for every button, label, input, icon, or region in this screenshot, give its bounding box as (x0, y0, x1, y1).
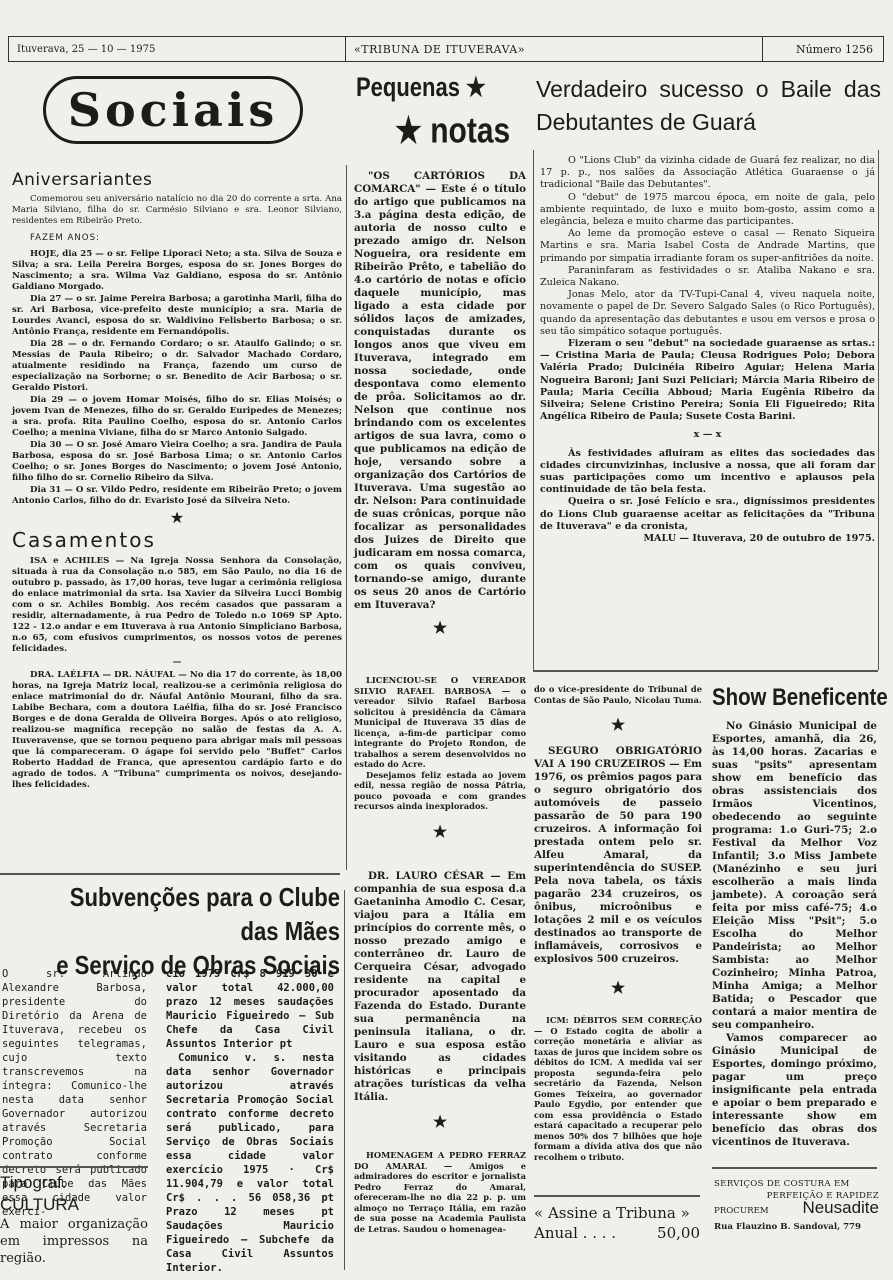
baile-paragraph: O "debut" de 1975 marcou época, em noite… (540, 192, 875, 229)
show-article: No Ginásio Municipal de Esportes, amanhã… (712, 720, 877, 1149)
seguro-text: SEGURO OBRIGATÓRIO VAI A 190 CRUZEIROS —… (534, 745, 702, 966)
section-divider (0, 873, 340, 875)
birthday-entry: Dia 30 — O sr. José Amaro Vieira Coelho;… (12, 440, 342, 484)
pequenas-notas-title-line2: ★ notas (395, 110, 510, 152)
pequenas-notas-title-line1: Pequenas ★ (356, 72, 486, 103)
sociais-logo: Sociais (18, 70, 328, 150)
cultura-ad: Tipograf. CULTURA A maior organização em… (0, 1172, 148, 1267)
baile-paragraph: Jonas Melo, ator da TV-Tupi-Canal 4, viv… (540, 289, 875, 338)
baile-paragraph: Paraninfaram as festividades o sr. Atali… (540, 265, 875, 289)
aniversariantes-heading: Aniversariantes (12, 170, 342, 190)
licenciou-text: LICENCIOU-SE O VEREADOR SILVIO RAFAEL BA… (354, 675, 526, 770)
sociais-title: Sociais (43, 76, 304, 144)
show-headline: Show Beneficente (712, 684, 888, 712)
pequenas-notas-col: "OS CARTÓRIOS DA COMARCA" — Este é o tít… (354, 170, 526, 638)
birthday-entry: Dia 29 — o jovem Homar Moisés, filho do … (12, 395, 342, 439)
birthday-entry: HOJE, dia 25 — o sr. Felipe Liporaci Net… (12, 249, 342, 293)
homenagem-note: HOMENAGEM A PEDRO FERRAZ DO AMARAL — Ami… (354, 1150, 526, 1234)
aniversariantes-section: Aniversariantes Comemorou seu aniversári… (12, 170, 342, 792)
birthday-entry: Dia 31 — O sr. Vildo Pedro, residente em… (12, 485, 342, 507)
cultura-text: A maior organização em impressos na regi… (0, 1216, 148, 1267)
telegram-2: Comunico v. s. nesta data senhor Governa… (166, 1051, 334, 1275)
assine-price: 50,00 (657, 1223, 700, 1243)
baile-paragraph: Ao leme da promoção esteve o casal — Ren… (540, 228, 875, 265)
birthday-entry: Dia 27 — o sr. Jaime Pereira Barbosa; a … (12, 294, 342, 338)
icm-text: ICM: DÉBITOS SEM CORREÇÃO — O Estado cog… (534, 1015, 702, 1162)
fazem-anos-heading: FAZEM ANOS: (12, 233, 342, 244)
baile-headline: Verdadeiro sucesso o Baile das Debutante… (536, 73, 881, 139)
x-separator: x — x (540, 429, 875, 441)
masthead-bar: Ituverava, 25 — 10 — 1975 «TRIBUNA DE IT… (8, 36, 884, 62)
cartorios-note: "OS CARTÓRIOS DA COMARCA" — Este é o tít… (354, 170, 526, 612)
costura-name: Neusadite (802, 1202, 879, 1214)
wedding-entry: DRA. LAÉLFIA — DR. NÁUFAL — No dia 17 do… (12, 670, 342, 791)
birthday-entry: Dia 28 — o dr. Fernando Cordaro; o sr. A… (12, 339, 342, 394)
seguro-note: SEGURO OBRIGATÓRIO VAI A 190 CRUZEIROS —… (534, 745, 702, 998)
column-divider (346, 165, 347, 870)
wedding-entry: ISA e ACHILES — Na Igreja Nossa Senhora … (12, 556, 342, 655)
star-separator-icon: ★ (12, 508, 342, 528)
section-divider (533, 670, 878, 672)
newspaper-name: «TRIBUNA DE ITUVERAVA» (345, 37, 762, 61)
baile-signature: MALU — Ituverava, 20 de outubro de 1975. (540, 533, 875, 545)
show-paragraph: Vamos comparecer ao Ginásio Municipal de… (712, 1032, 877, 1149)
star-separator-icon: ★ (534, 978, 702, 998)
baile-paragraph: Fizeram o seu "debut" na sociedade guara… (540, 338, 875, 423)
subvencoes-col2: cio 1975 Cr$ 8 919 30 e valor total 42.0… (166, 967, 334, 1275)
costura-address: Rua Flauzino B. Sandoval, 779 (714, 1221, 879, 1233)
aniversariantes-intro: Comemorou seu aniversário natalício no d… (12, 194, 342, 227)
baile-paragraph: Queira o sr. José Felício e sra., dignís… (540, 496, 875, 533)
costura-procurem: PROCUREM (714, 1205, 769, 1217)
section-divider (0, 1166, 148, 1168)
dash-separator: — (12, 657, 342, 668)
column-divider (533, 150, 534, 670)
costura-ad: SERVIÇOS DE COSTURA EM PERFEIÇÃO E RAPID… (714, 1178, 879, 1233)
icm-note: ICM: DÉBITOS SEM CORREÇÃO — O Estado cog… (534, 1015, 702, 1162)
casamentos-heading: Casamentos (12, 528, 342, 552)
subvencoes-headline-line1: Subvenções para o Clube das Mães (51, 880, 340, 948)
assine-title: « Assine a Tribuna » (534, 1203, 700, 1223)
costura-line1: SERVIÇOS DE COSTURA EM (714, 1178, 879, 1190)
star-separator-icon: ★ (354, 822, 526, 842)
baile-paragraph: O "Lions Club" da vizinha cidade de Guar… (540, 155, 875, 192)
homenagem-text: HOMENAGEM A PEDRO FERRAZ DO AMARAL — Ami… (354, 1150, 526, 1234)
assine-label: Anual . . . . (534, 1223, 616, 1243)
section-divider (534, 1195, 700, 1197)
licenciou-note: LICENCIOU-SE O VEREADOR SILVIO RAFAEL BA… (354, 675, 526, 842)
star-separator-icon: ★ (534, 715, 702, 735)
telegram-1: cio 1975 Cr$ 8 919 30 e valor total 42.0… (166, 967, 334, 1051)
continuacao-note: do o vice-presidente do Tribunal de Cont… (534, 684, 702, 735)
cultura-title: Tipograf. CULTURA (0, 1172, 148, 1216)
assine-ad: « Assine a Tribuna » Anual . . . . 50,00 (534, 1203, 700, 1243)
star-separator-icon: ★ (354, 1112, 526, 1132)
column-divider (344, 890, 345, 1270)
licenciou-text-2: Desejamos feliz estada ao jovem edil, ne… (354, 770, 526, 812)
column-divider (878, 150, 879, 670)
lauro-text: DR. LAURO CÉSAR — Em companhia de sua es… (354, 870, 526, 1104)
issue-number: Número 1256 (762, 37, 883, 61)
section-divider (712, 1167, 877, 1169)
baile-article: O "Lions Club" da vizinha cidade de Guar… (540, 155, 875, 545)
continuacao-text: do o vice-presidente do Tribunal de Cont… (534, 684, 702, 705)
baile-paragraph: Às festividades afluiram as elites das s… (540, 448, 875, 497)
lauro-note: DR. LAURO CÉSAR — Em companhia de sua es… (354, 870, 526, 1132)
star-separator-icon: ★ (354, 618, 526, 638)
issue-date: Ituverava, 25 — 10 — 1975 (9, 44, 345, 55)
show-paragraph: No Ginásio Municipal de Esportes, amanhã… (712, 720, 877, 1032)
